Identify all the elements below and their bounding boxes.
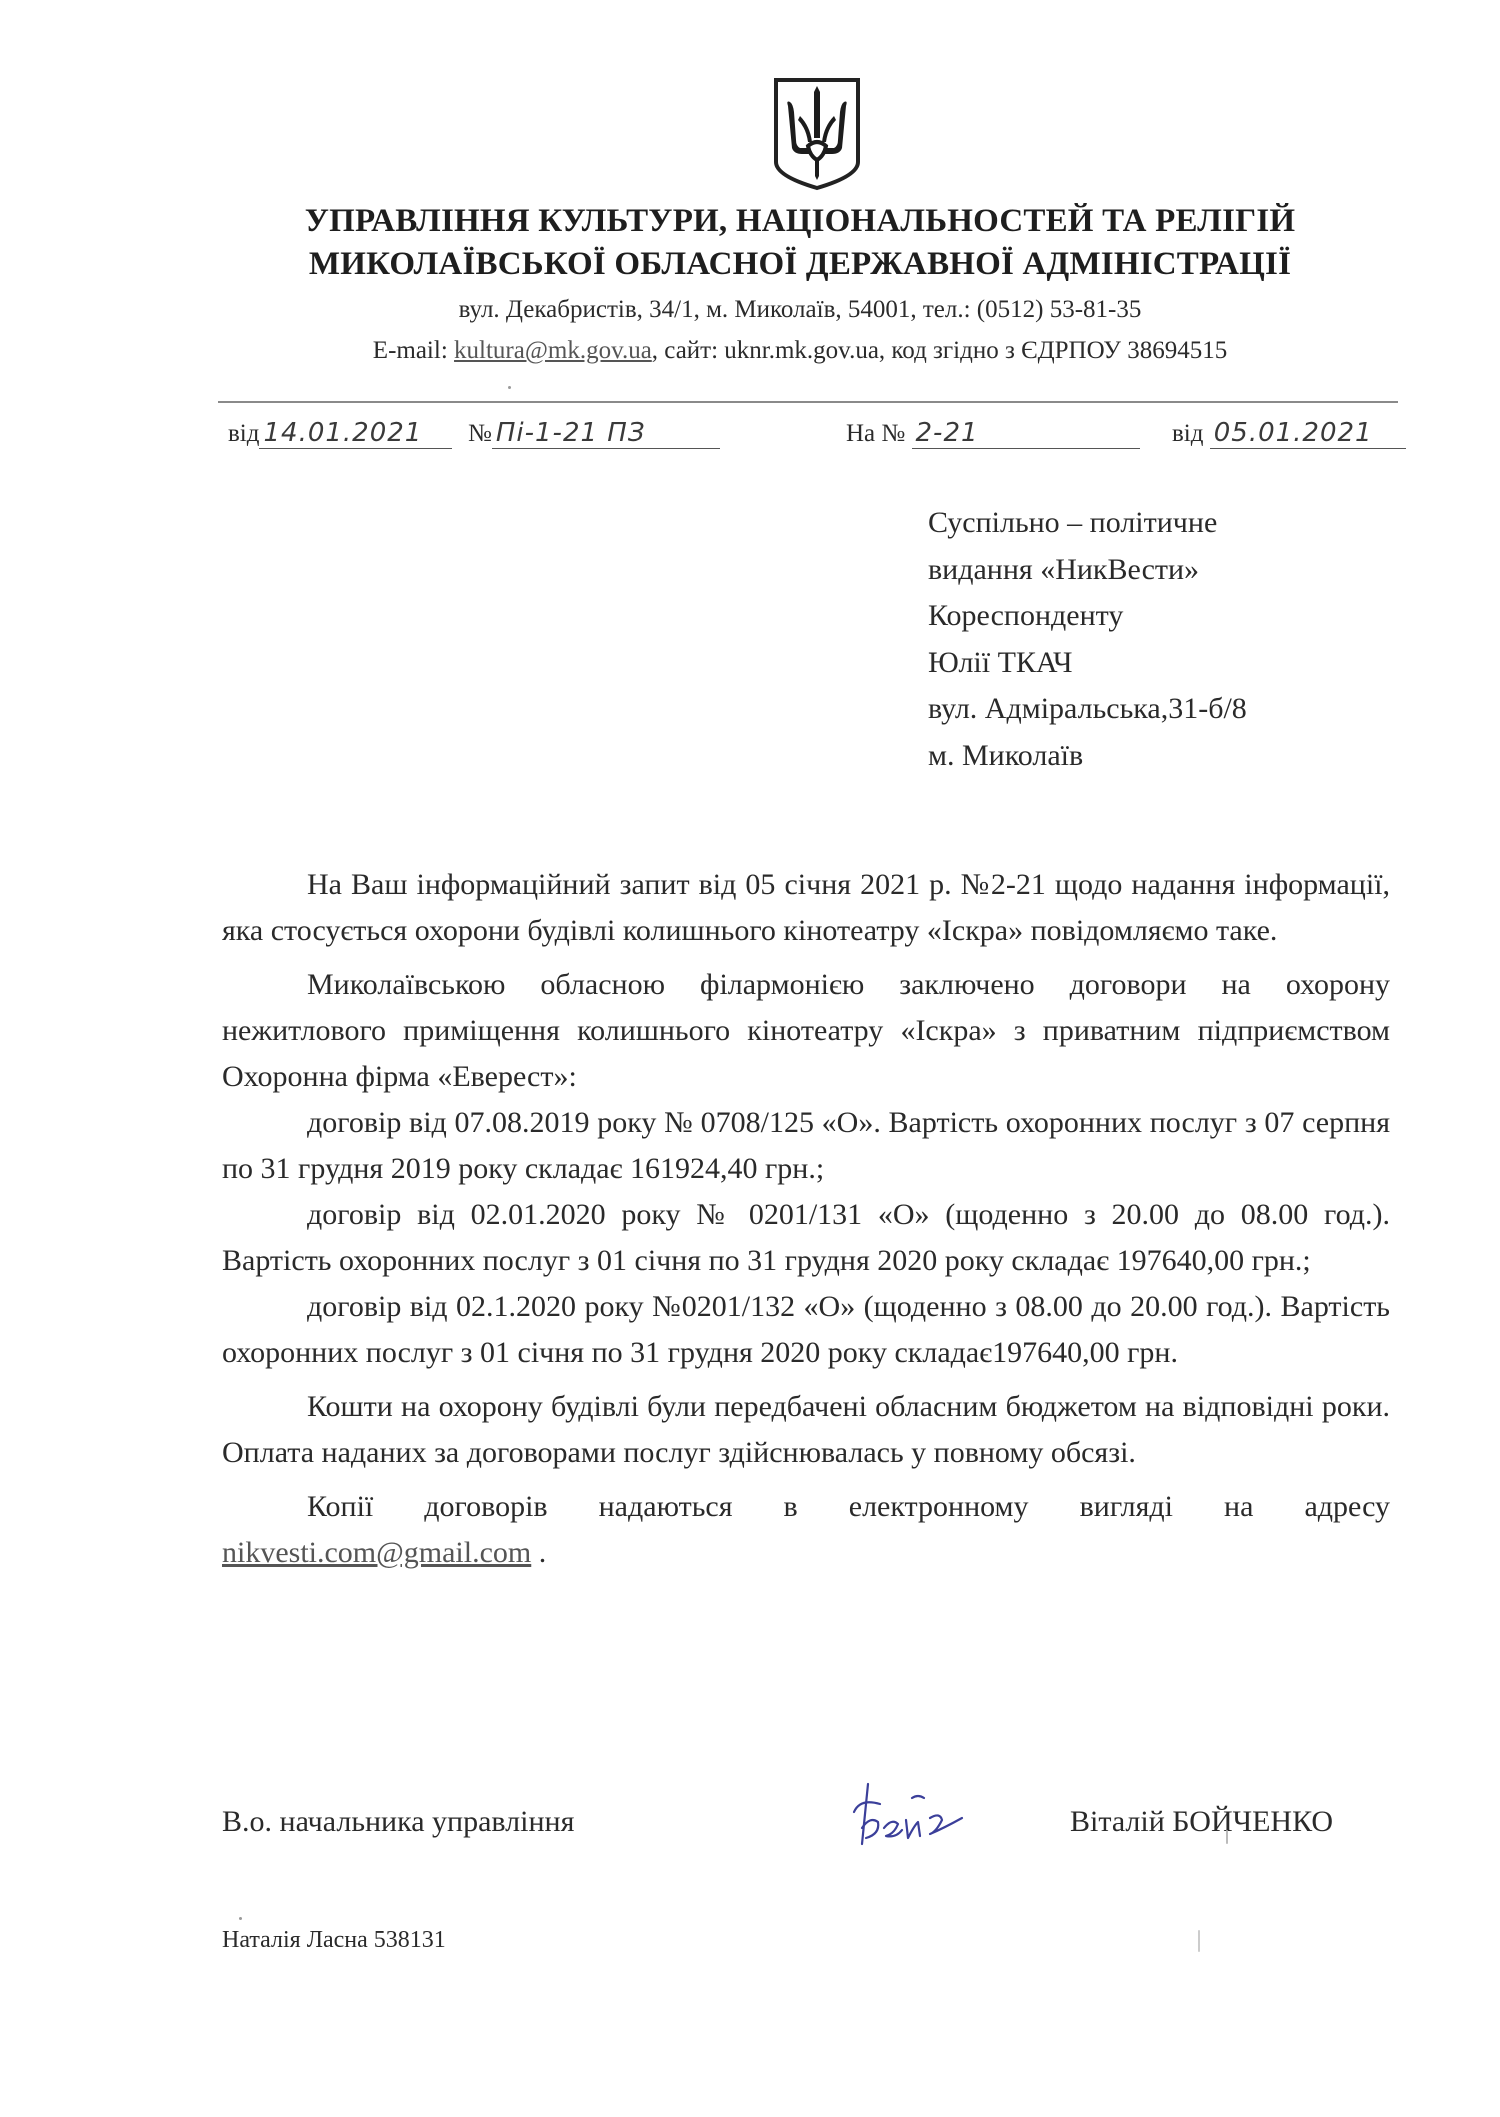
scan-speck [1198, 1930, 1200, 1952]
ukraine-trident-icon [772, 76, 862, 192]
header-divider [218, 401, 1398, 403]
reply-to-number: На № 2-21 [846, 418, 1140, 449]
signatory-name: Віталій БОЙЧЕНКО [1070, 1805, 1333, 1839]
addressee-block: Суспільно – політичне видання «НикВести»… [928, 500, 1247, 779]
reply-to-number-value: 2-21 [912, 418, 1140, 449]
addressee-line: Юлії ТКАЧ [928, 640, 1247, 687]
addressee-line: Кореспонденту [928, 593, 1247, 640]
scan-speck [1226, 1830, 1228, 1844]
signatory-role: В.о. начальника управління [222, 1805, 574, 1839]
addressee-line: вул. Адміральська,31-б/8 [928, 686, 1247, 733]
scan-speck [508, 386, 511, 389]
email-label: E-mail: [373, 337, 454, 364]
number-label: № [468, 420, 492, 447]
body-paragraph: Кошти на охорону будівлі були передбачен… [222, 1384, 1390, 1476]
executor-contact: Наталія Ласна 538131 [222, 1927, 446, 1954]
from-label: від [228, 420, 259, 447]
addressee-line: Суспільно – політичне [928, 500, 1247, 547]
letter-body: На Ваш інформаційний запит від 05 січня … [222, 862, 1390, 1584]
site-and-code: , сайт: uknr.mk.gov.ua, код згідно з ЄДР… [652, 337, 1227, 364]
contract-item: договір від 07.08.2019 року № 0708/125 «… [222, 1100, 1390, 1192]
outgoing-date-value: 14.01.2021 [259, 418, 452, 449]
contract-item: договір від 02.1.2020 року №0201/132 «О»… [222, 1284, 1390, 1376]
org-email-link[interactable]: kultura@mk.gov.ua [454, 337, 652, 364]
reply-to-date-value: 05.01.2021 [1210, 418, 1406, 449]
org-name-line-2: МИКОЛАЇВСЬКОЇ ОБЛАСНОЇ ДЕРЖАВНОЇ АДМІНІС… [200, 246, 1400, 283]
reply-to-label: На № [846, 420, 905, 447]
contract-item: договір від 02.01.2020 року № 0201/131 «… [222, 1192, 1390, 1284]
body-paragraph: На Ваш інформаційний запит від 05 січня … [222, 862, 1390, 954]
copies-end: . [531, 1536, 546, 1569]
outgoing-date: від14.01.2021 [228, 418, 452, 449]
scan-speck [239, 1917, 242, 1920]
handwritten-signature [840, 1778, 980, 1850]
outgoing-number: №Пі-1-21 ПЗ [468, 418, 720, 449]
recipient-email-link[interactable]: nikvesti.com@gmail.com [222, 1536, 531, 1569]
org-address: вул. Декабристів, 34/1, м. Миколаїв, 540… [200, 296, 1400, 324]
addressee-line: м. Миколаїв [928, 733, 1247, 780]
outgoing-number-value: Пі-1-21 ПЗ [492, 418, 720, 449]
org-name-line-1: УПРАВЛІННЯ КУЛЬТУРИ, НАЦІОНАЛЬНОСТЕЙ ТА … [200, 203, 1400, 240]
reply-date-label: від [1172, 420, 1203, 447]
reply-to-date: від 05.01.2021 [1172, 418, 1406, 449]
addressee-line: видання «НикВести» [928, 547, 1247, 594]
body-paragraph-copies: Копії договорів надаються в електронному… [222, 1484, 1390, 1576]
copies-text: Копії договорів надаються в електронному… [307, 1490, 1390, 1523]
body-paragraph: Миколаївською обласною філармонією заклю… [222, 962, 1390, 1100]
org-contacts: E-mail: kultura@mk.gov.ua, сайт: uknr.mk… [200, 337, 1400, 365]
